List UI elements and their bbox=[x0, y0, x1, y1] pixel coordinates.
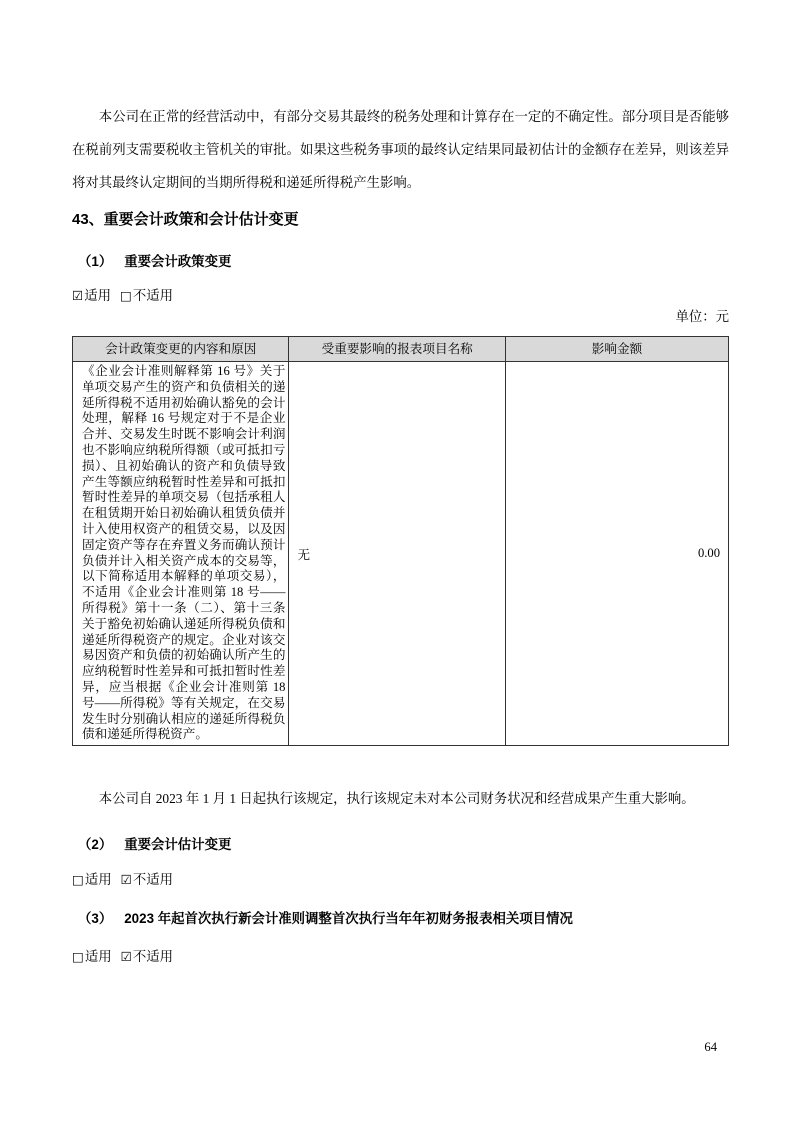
page-content: 本公司在正常的经营活动中，有部分交易其最终的税务处理和计算存在一定的不确定性。部… bbox=[0, 0, 793, 965]
applicable-label: 适用 bbox=[85, 872, 112, 887]
sub1-applicability: ☑适用□不适用 bbox=[72, 287, 729, 304]
not-applicable-label: 不适用 bbox=[133, 949, 173, 964]
cell-impact-amount: 0.00 bbox=[505, 362, 728, 746]
cell-policy-change-content: 《企业会计准则解释第 16 号》关于单项交易产生的资产和负债相关的递延所得税不适… bbox=[73, 362, 289, 746]
unit-note: 单位：元 bbox=[72, 308, 729, 325]
section-43-heading: 43、重要会计政策和会计估计变更 bbox=[72, 209, 729, 231]
table-row: 《企业会计准则解释第 16 号》关于单项交易产生的资产和负债相关的递延所得税不适… bbox=[73, 362, 729, 746]
table-header-row: 会计政策变更的内容和原因 受重要影响的报表项目名称 影响金额 bbox=[73, 337, 729, 362]
sub2-heading: （2）重要会计估计变更 bbox=[72, 836, 729, 854]
closing-paragraph: 本公司自 2023 年 1 月 1 日起执行该规定，执行该规定未对本公司财务状况… bbox=[72, 782, 729, 815]
not-applicable-label: 不适用 bbox=[133, 872, 173, 887]
sub1-heading-text: 重要会计政策变更 bbox=[124, 254, 231, 269]
checkbox-checked-icon: ☑ bbox=[121, 949, 132, 964]
not-applicable-label: 不适用 bbox=[133, 288, 173, 303]
sub1-heading-number: （1） bbox=[78, 254, 112, 269]
col-header-amount: 影响金额 bbox=[505, 337, 728, 362]
sub1-heading: （1）重要会计政策变更 bbox=[72, 253, 729, 271]
applicable-label: 适用 bbox=[84, 288, 111, 303]
checkbox-unchecked-icon: □ bbox=[120, 288, 132, 303]
intro-paragraph: 本公司在正常的经营活动中，有部分交易其最终的税务处理和计算存在一定的不确定性。部… bbox=[72, 100, 729, 199]
checkbox-checked-icon: ☑ bbox=[72, 288, 83, 303]
sub2-heading-text: 重要会计估计变更 bbox=[124, 837, 231, 852]
document-page: 本公司在正常的经营活动中，有部分交易其最终的税务处理和计算存在一定的不确定性。部… bbox=[0, 0, 793, 1122]
sub2-applicability: □适用☑不适用 bbox=[72, 871, 729, 888]
page-number: 64 bbox=[704, 1040, 717, 1055]
policy-change-table: 会计政策变更的内容和原因 受重要影响的报表项目名称 影响金额 《企业会计准则解释… bbox=[72, 336, 729, 746]
col-header-change-content: 会计政策变更的内容和原因 bbox=[73, 337, 289, 362]
sub2-heading-number: （2） bbox=[78, 837, 112, 852]
sub3-heading: （3）2023 年起首次执行新会计准则调整首次执行当年年初财务报表相关项目情况 bbox=[72, 910, 729, 928]
checkbox-checked-icon: ☑ bbox=[121, 872, 132, 887]
sub3-applicability: □适用☑不适用 bbox=[72, 948, 729, 965]
checkbox-unchecked-icon: □ bbox=[72, 949, 84, 964]
sub3-heading-text: 2023 年起首次执行新会计准则调整首次执行当年年初财务报表相关项目情况 bbox=[124, 911, 573, 926]
applicable-label: 适用 bbox=[85, 949, 112, 964]
checkbox-unchecked-icon: □ bbox=[72, 872, 84, 887]
cell-affected-items: 无 bbox=[289, 362, 505, 746]
sub3-heading-number: （3） bbox=[78, 911, 112, 926]
col-header-affected-items: 受重要影响的报表项目名称 bbox=[289, 337, 505, 362]
